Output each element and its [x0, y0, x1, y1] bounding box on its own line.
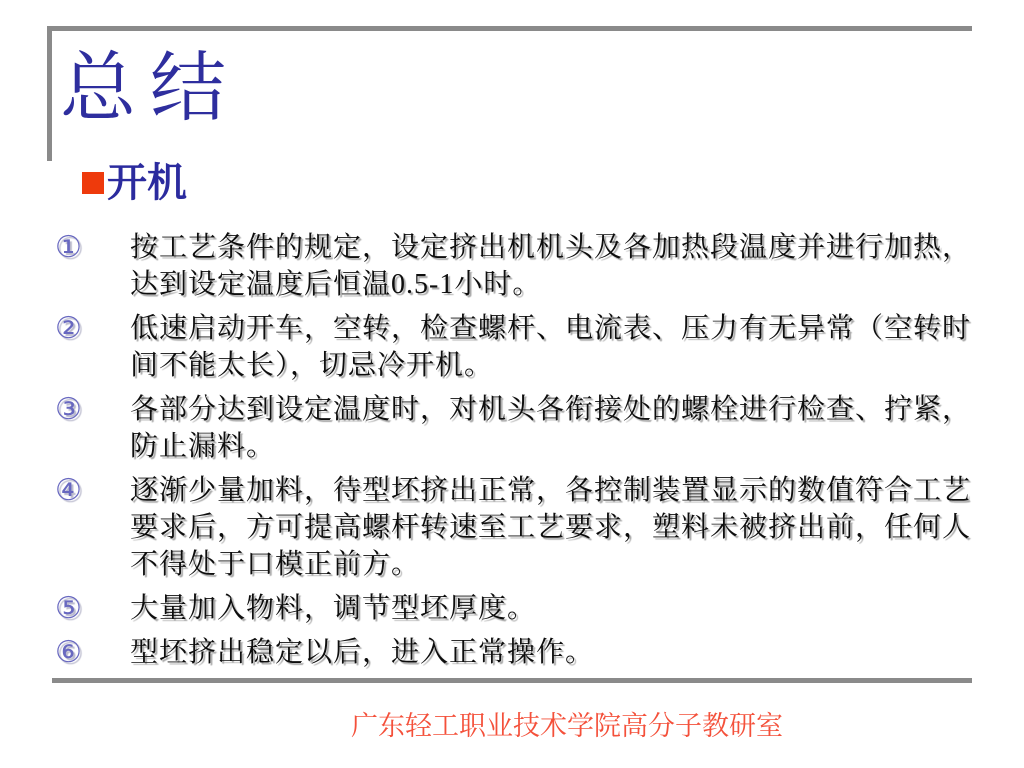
item-text: 型坯挤出稳定以后，进入正常操作。 [130, 634, 987, 671]
list-item: ⑥ 型坯挤出稳定以后，进入正常操作。 [55, 634, 987, 671]
item-number: ⑤ [55, 590, 130, 627]
list-item: ④ 逐渐少量加料，待型坯挤出正常，各控制装置显示的数值符合工艺要求后，方可提高螺… [55, 472, 987, 583]
left-border-rule [47, 26, 52, 161]
item-text: 大量加入物料，调节型坯厚度。 [130, 590, 987, 627]
list-item: ③ 各部分达到设定温度时，对机头各衔接处的螺栓进行检查、拧紧，防止漏料。 [55, 391, 987, 465]
item-text: 逐渐少量加料，待型坯挤出正常，各控制装置显示的数值符合工艺要求后，方可提高螺杆转… [130, 472, 987, 583]
item-number: ② [55, 310, 130, 347]
list-item: ① 按工艺条件的规定，设定挤出机机头及各加热段温度并进行加热，达到设定温度后恒温… [55, 229, 987, 303]
square-bullet-icon [82, 172, 104, 194]
section-heading-label: 开机 [107, 163, 187, 203]
list-item: ⑤ 大量加入物料，调节型坯厚度。 [55, 590, 987, 627]
item-text: 各部分达到设定温度时，对机头各衔接处的螺栓进行检查、拧紧，防止漏料。 [130, 391, 987, 465]
item-text: 按工艺条件的规定，设定挤出机机头及各加热段温度并进行加热，达到设定温度后恒温0.… [130, 229, 987, 303]
numbered-list: ① 按工艺条件的规定，设定挤出机机头及各加热段温度并进行加热，达到设定温度后恒温… [55, 229, 987, 678]
item-number: ③ [55, 391, 130, 428]
item-number: ④ [55, 472, 130, 509]
item-text: 低速启动开车，空转，检查螺杆、电流表、压力有无异常（空转时间不能太长），切忌冷开… [130, 310, 987, 384]
list-item: ② 低速启动开车，空转，检查螺杆、电流表、压力有无异常（空转时间不能太长），切忌… [55, 310, 987, 384]
bottom-border-rule [52, 678, 972, 683]
section-heading: 开机 [82, 163, 187, 203]
slide-footer: 广东轻工职业技术学院高分子教研室 [0, 704, 1024, 743]
item-number: ① [55, 229, 130, 266]
item-number: ⑥ [55, 634, 130, 671]
slide-title: 总结 [60, 48, 240, 132]
top-border-rule [49, 26, 972, 31]
